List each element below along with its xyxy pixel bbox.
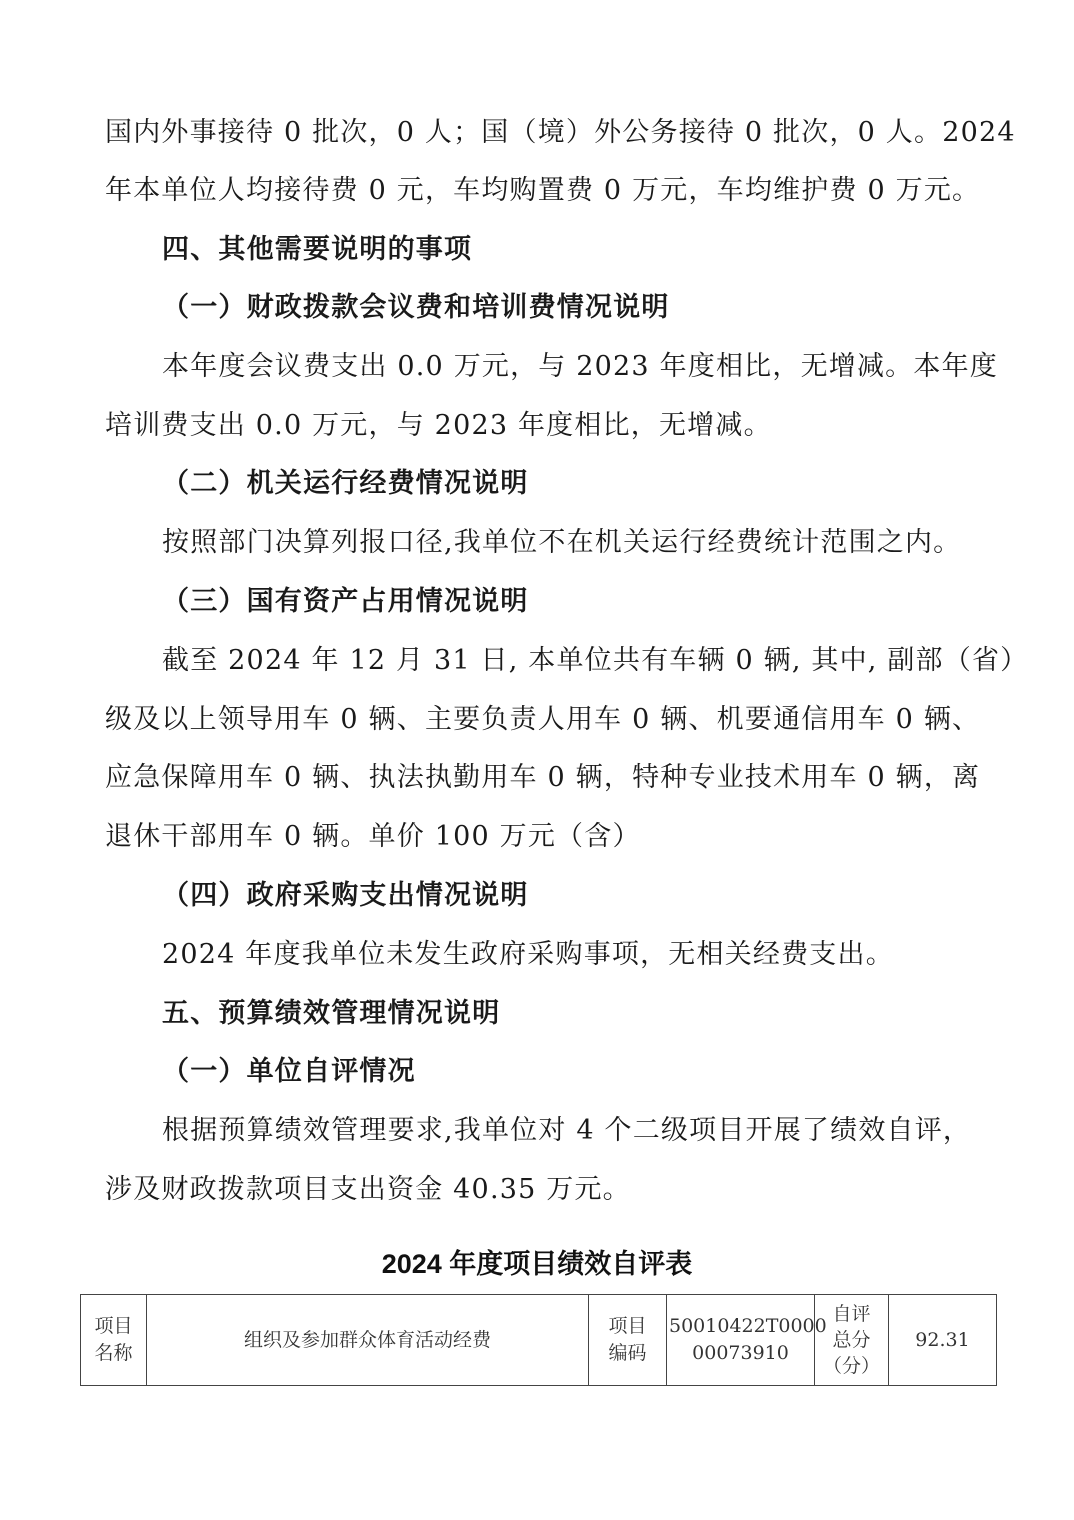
operating-expense-line-1: 按照部门决算列报口径,我单位不在机关运行经费统计范围之内。 (162, 523, 961, 563)
subsection-4-heading: （四）政府采购支出情况说明 (162, 876, 529, 916)
reception-paragraph-line-1: 国内外事接待 0 批次，0 人；国（境）外公务接待 0 批次，0 人。2024 (105, 113, 1016, 153)
project-code-label: 项目 编码 (589, 1295, 667, 1386)
project-name-label: 项目 名称 (81, 1295, 147, 1386)
subsection-1-heading: （一）财政拨款会议费和培训费情况说明 (162, 288, 670, 328)
asset-line-3: 应急保障用车 0 辆、执法执勤用车 0 辆，特种专业技术用车 0 辆，离 (105, 758, 980, 798)
project-code-value-line-1: 50010422T0000 (669, 1313, 812, 1340)
asset-line-1: 截至 2024 年 12 月 31 日, 本单位共有车辆 0 辆, 其中, 副部… (162, 641, 1028, 681)
section-5-heading: 五、预算绩效管理情况说明 (162, 994, 500, 1034)
table-row: 项目 名称 组织及参加群众体育活动经费 项目 编码 50010422T0000 … (81, 1295, 997, 1386)
score-label-line-1: 自评 (817, 1301, 886, 1327)
self-eval-line-2: 涉及财政拨款项目支出资金 40.35 万元。 (105, 1170, 631, 1210)
score-value: 92.31 (889, 1295, 997, 1386)
procurement-line-1: 2024 年度我单位未发生政府采购事项，无相关经费支出。 (162, 935, 894, 975)
asset-line-4: 退休干部用车 0 辆。单价 100 万元（含） (105, 817, 641, 857)
self-eval-line-1: 根据预算绩效管理要求,我单位对 4 个二级项目开展了绩效自评， (162, 1111, 971, 1151)
subsection-3-heading: （三）国有资产占用情况说明 (162, 582, 529, 622)
table-title: 2024 年度项目绩效自评表 (0, 1244, 1074, 1284)
project-code-label-line-1: 项目 (591, 1313, 664, 1340)
reception-paragraph-line-2: 年本单位人均接待费 0 元，车均购置费 0 万元，车均维护费 0 万元。 (105, 171, 980, 211)
project-name-value: 组织及参加群众体育活动经费 (147, 1295, 589, 1386)
project-name-label-line-2: 名称 (83, 1340, 144, 1367)
project-code-label-line-2: 编码 (591, 1340, 664, 1367)
subsection-5-1-heading: （一）单位自评情况 (162, 1052, 416, 1092)
score-label-line-3: （分） (817, 1353, 886, 1379)
subsection-2-heading: （二）机关运行经费情况说明 (162, 464, 529, 504)
performance-table: 项目 名称 组织及参加群众体育活动经费 项目 编码 50010422T0000 … (80, 1294, 997, 1386)
project-code-value-line-2: 00073910 (669, 1340, 812, 1367)
project-code-value: 50010422T0000 00073910 (667, 1295, 815, 1386)
asset-line-2: 级及以上领导用车 0 辆、主要负责人用车 0 辆、机要通信用车 0 辆、 (105, 700, 980, 740)
meeting-training-line-2: 培训费支出 0.0 万元，与 2023 年度相比，无增减。 (105, 406, 772, 446)
score-label: 自评 总分 （分） (815, 1295, 889, 1386)
meeting-training-line-1: 本年度会议费支出 0.0 万元，与 2023 年度相比，无增减。本年度 (162, 347, 998, 387)
score-label-line-2: 总分 (817, 1327, 886, 1353)
section-4-heading: 四、其他需要说明的事项 (162, 230, 472, 270)
project-name-label-line-1: 项目 (83, 1313, 144, 1340)
